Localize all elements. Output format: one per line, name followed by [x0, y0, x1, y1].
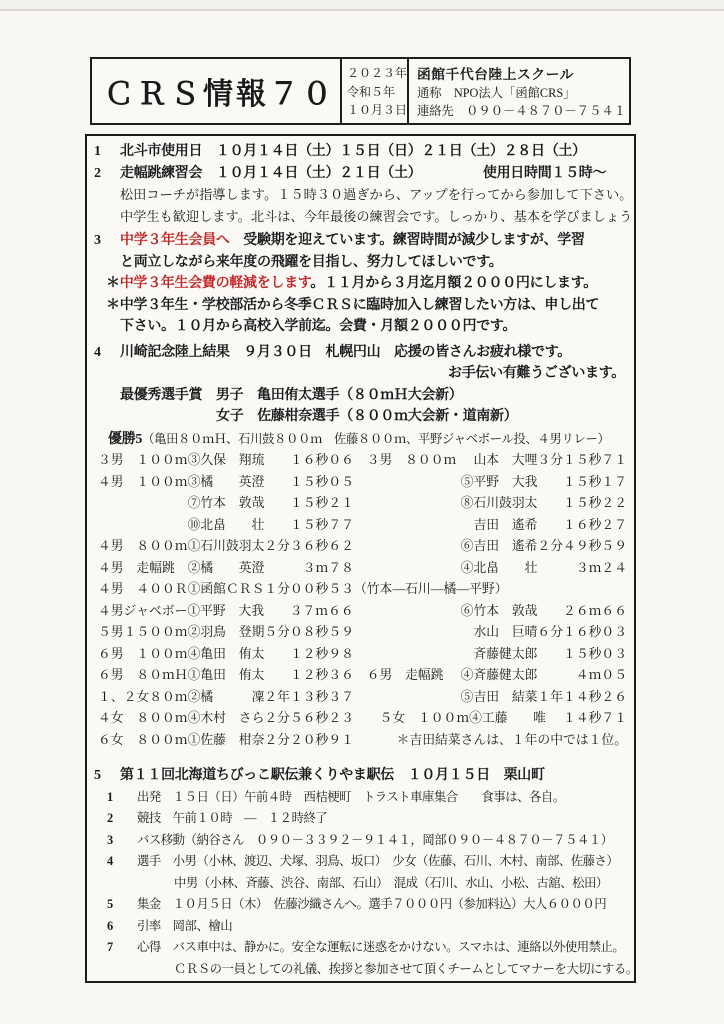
ekiden-item-race: 2競技 午前１０時 ― １２時終了: [107, 808, 629, 830]
item3-members-heading-line: 3中学３年生会員へ 受験期を迎えています。練習時間が減少しますが、学習: [94, 230, 629, 252]
org-alias: 通称 NPO法人「函館CRS」: [417, 83, 626, 101]
result-row: ４男 走幅跳 ②橘 英澄 ３ｍ７８④北畠 壮 ３ｍ２４: [98, 558, 629, 580]
sub-item-text: ＣＲＳの一員としての礼儀、挨拶と参加させて頂くチームとしてマナーを大切にする。: [174, 962, 636, 976]
org-contact-phone: 連絡先 ０９０－４８７０－７５４１: [417, 101, 626, 119]
ekiden-item-departure: 1出発 １５日（日）午前４時 西桔梗町 トラスト車庫集合 食事は、各自。: [107, 787, 629, 809]
newsletter-body: 1北斗市使用日 １０月１４日（土）１５日（日）２１日（土）２８日（土） 2走幅跳…: [85, 134, 636, 983]
result-left: ４男 走幅跳 ②橘 英澄 ３ｍ７８: [98, 558, 354, 580]
scanned-newsletter-page: ＣＲＳ情報７０ ２０２３年 令和５年 １０月３日 函館千代台陸上スクール 通称 …: [0, 0, 724, 1024]
org-name: 函館千代台陸上スクール: [417, 63, 626, 83]
note-text: 松田コーチが指導します。１５時３０過ぎから、アップを行ってから参加して下さい。: [120, 187, 632, 202]
result-right: ＊吉田結菜さんは、１年の中では１位。: [397, 730, 627, 752]
result-left: ⑩北畠 壮 １５秒７７: [98, 515, 354, 537]
item-text: と両立しながら来年度の飛躍を目指し、努力してほしいです。: [120, 255, 502, 270]
date-year-western: ２０２３年: [347, 64, 405, 81]
scan-artifact-line: [0, 9, 724, 11]
result-right: 水山 巨晴６分１６秒０３: [473, 622, 627, 644]
result-row: ６男 １００ｍ④亀田 侑太 １２秒９８斉藤健太郎 １５秒０３: [98, 644, 629, 666]
result-left: ４男 ４００Ｒ①函館ＣＲＳ１分００秒５３（竹本―石川―橘―平野）: [98, 579, 508, 601]
sub-item-text: 引率 岡部、檜山: [137, 919, 232, 933]
result-right: 斉藤健太郎 １５秒０３: [473, 644, 627, 666]
sub-item-text: 集金 １０月５日（木） 佐藤沙織さんへ。選手７０００円（参加料込）大人６０００円: [137, 897, 606, 911]
sub-item-number: 4: [107, 851, 137, 873]
result-right: 吉田 遙希 １６秒２７: [473, 515, 627, 537]
result-left: ６男 ８０ｍＨ①亀田 侑太 １２秒３６ ６男 走幅跳: [98, 665, 444, 687]
item-number: 4: [94, 342, 120, 364]
item-number: 2: [94, 163, 120, 185]
result-row: ６女 ８００ｍ①佐藤 柑奈２分２０秒９１＊吉田結菜さんは、１年の中では１位。: [98, 730, 629, 752]
result-right: ④斉藤健太郎 ４ｍ０５: [461, 665, 627, 687]
sub-item-text: 心得 バス車中は、静かに。安全な運転に迷惑をかけない。スマホは、連絡以外使用禁止…: [137, 940, 624, 954]
result-right: ⑤平野 大我 １５秒１７: [461, 472, 627, 494]
header-table: ＣＲＳ情報７０ ２０２３年 令和５年 １０月３日 函館千代台陸上スクール 通称 …: [90, 57, 631, 125]
scan-edge-band: [0, 0, 724, 9]
result-right: ④北畠 壮 ３ｍ２４: [461, 558, 627, 580]
sub-item-number: 1: [107, 787, 137, 809]
item2-coach-note: 松田コーチが指導します。１５時３０過ぎから、アップを行ってから参加して下さい。: [120, 184, 629, 206]
result-right: ⑥竹本 敦哉 ２６ｍ６６: [461, 601, 627, 623]
result-left: ５男１５００ｍ②羽鳥 登期５分０８秒５９: [98, 622, 354, 644]
result-right: 山本 大哩３分１５秒７１: [473, 450, 627, 472]
red-heading-text: 中学３年生会員へ: [120, 233, 230, 248]
result-row: ４男 １００ｍ③橘 英澄 １５秒０５⑤平野 大我 １５秒１７: [98, 472, 629, 494]
result-row: ４男 ８００ｍ①石川鼓羽太２分３６秒６２⑥吉田 遙希２分４９秒５９: [98, 536, 629, 558]
item-text: 川崎記念陸上結果 ９月３０日 札幌円山 応援の皆さんお疲れ様です。: [120, 345, 571, 360]
ekiden-item-conduct: 7心得 バス車中は、静かに。安全な運転に迷惑をかけない。スマホは、連絡以外使用禁…: [107, 937, 629, 959]
result-row: ４男ジャベボー①平野 大我 ３７ｍ６６⑥竹本 敦哉 ２６ｍ６６: [98, 601, 629, 623]
result-left: ４女 ８００ｍ④木村 さら２分５６秒２３ ５女 １００ｍ④工藤 唯: [98, 708, 546, 730]
item3-winter-join-cont-line: 下さい。１０月から高校入学前迄。会費・月額２０００円です。: [120, 316, 629, 338]
result-left: ３男 １００ｍ③久保 翔琉 １６秒０６ ３男 ８００ｍ: [98, 450, 456, 472]
sub-item-number: 3: [107, 830, 137, 852]
result-left: ６男 １００ｍ④亀田 侑太 １２秒９８: [98, 644, 354, 666]
item3-continuation-line: と両立しながら来年度の飛躍を目指し、努力してほしいです。: [120, 252, 629, 274]
sub-item-number: 2: [107, 808, 137, 830]
item1-hokuto-dates-line: 1北斗市使用日 １０月１４日（土）１５日（日）２１日（土）２８日（土）: [94, 141, 629, 163]
star-mark: ＊: [106, 276, 120, 291]
newsletter-title: ＣＲＳ情報７０: [92, 59, 342, 123]
item-text: 北斗市使用日 １０月１４日（土）１５日（日）２１日（土）２８日（土）: [120, 144, 586, 159]
sub-item-text: 競技 午前１０時 ― １２時終了: [137, 811, 327, 825]
item-text: 。１１月から３月迄月額２０００円にします。: [310, 276, 597, 291]
wins-summary-line: 優勝5（亀田８０ｍＨ、石川鼓８００ｍ 佐藤８００ｍ、平野ジャベボール投、４男リレ…: [108, 428, 629, 451]
award-female-line: 女子 佐藤柑奈選手（８００ｍ大会新・道南新）: [216, 406, 629, 428]
ekiden-item-athletes: 4選手 小男（小林、渡辺、犬塚、羽鳥、坂口） 少女（佐藤、石川、木村、南部、佐藤…: [107, 851, 629, 873]
item-number: 1: [94, 141, 120, 163]
result-left: １、２女８０ｍ②橘 凜２年１３秒３７: [98, 687, 354, 709]
item-text: ＊中学３年生・学校部活から冬季ＣＲＳに臨時加入し練習したい方は、申し出て: [106, 298, 599, 313]
ekiden-item-conduct-cont: ＣＲＳの一員としての礼儀、挨拶と参加させて頂くチームとしてマナーを大切にする。: [174, 959, 629, 981]
item-text: 第１１回北海道ちびっこ駅伝兼くりやま駅伝 １０月１５日 栗山町: [120, 768, 545, 783]
item3-fee-reduction-line: ＊中学３年生会費の軽減をします。１１月から３月迄月額２０００円にします。: [106, 273, 629, 295]
result-row: ⑩北畠 壮 １５秒７７吉田 遙希 １６秒２７: [98, 515, 629, 537]
thanks-text: お手伝い有難うございます。: [448, 366, 625, 381]
ekiden-item-athletes-cont: 中男（小林、斉藤、渋谷、南部、石山） 混成（石川、水山、小松、古舘、松田）: [174, 873, 629, 895]
item4-kawasaki-heading-line: 4川崎記念陸上結果 ９月３０日 札幌円山 応援の皆さんお疲れ様です。: [94, 342, 629, 364]
item3-winter-join-line: ＊中学３年生・学校部活から冬季ＣＲＳに臨時加入し練習したい方は、申し出て: [106, 295, 629, 317]
item-number: 3: [94, 230, 120, 252]
item-text: 受験期を迎えています。練習時間が減少しますが、学習: [230, 233, 585, 248]
result-left: ４男 ８００ｍ①石川鼓羽太２分３６秒６２: [98, 536, 354, 558]
ekiden-item-bus: 3バス移動（納谷さん ０９０－３３９２－９１４１，岡部０９０－４８７０－７５４１…: [107, 830, 629, 852]
sub-item-number: 6: [107, 916, 137, 938]
award-male-line: 最優秀選手賞 男子 亀田侑太選手（８０ｍＨ大会新）: [120, 385, 629, 407]
result-right: ⑤吉田 結菜１年１４秒２６: [461, 687, 627, 709]
ekiden-item-leaders: 6引率 岡部、檜山: [107, 916, 629, 938]
note-text: 中学生も歓迎します。北斗は、今年最後の練習会です。しっかり、基本を学びましょう！: [120, 209, 636, 224]
org-cell: 函館千代台陸上スクール 通称 NPO法人「函館CRS」 連絡先 ０９０－４８７０…: [409, 59, 629, 123]
sub-item-number: 5: [107, 894, 137, 916]
item-number: 5: [94, 765, 120, 787]
sub-item-text: 中男（小林、斉藤、渋谷、南部、石山） 混成（石川、水山、小松、古舘、松田）: [174, 876, 608, 890]
item-text: 走幅跳練習会 １０月１４日（土）２１日（土） 使用日時間１５時～: [120, 166, 606, 181]
result-row: ５男１５００ｍ②羽鳥 登期５分０８秒５９水山 巨晴６分１６秒０３: [98, 622, 629, 644]
result-left: ⑦竹本 敦哉 １５秒２１: [98, 493, 354, 515]
result-row: ４女 ８００ｍ④木村 さら２分５６秒２３ ５女 １００ｍ④工藤 唯１４秒７１: [98, 708, 629, 730]
result-right: ⑥吉田 遙希２分４９秒５９: [461, 536, 627, 558]
item4-thanks-line: お手伝い有難うございます。: [94, 363, 629, 385]
result-row: ４男 ４００Ｒ①函館ＣＲＳ１分００秒５３（竹本―石川―橘―平野）: [98, 579, 629, 601]
result-right: １４秒７１: [563, 708, 627, 730]
date-year-era: 令和５年: [347, 83, 405, 100]
result-row: ３男 １００ｍ③久保 翔琉 １６秒０６ ３男 ８００ｍ山本 大哩３分１５秒７１: [98, 450, 629, 472]
ekiden-item-fee: 5集金 １０月５日（木） 佐藤沙織さんへ。選手７０００円（参加料込）大人６０００…: [107, 894, 629, 916]
result-row: ⑦竹本 敦哉 １５秒２１⑧石川鼓羽太 １５秒２２: [98, 493, 629, 515]
result-right: ⑧石川鼓羽太 １５秒２２: [461, 493, 627, 515]
sub-item-text: バス移動（納谷さん ０９０－３３９２－９１４１，岡部０９０－４８７０－７５４１）: [137, 833, 613, 847]
date-day: １０月３日: [347, 101, 405, 118]
result-row: ６男 ８０ｍＨ①亀田 侑太 １２秒３６ ６男 走幅跳④斉藤健太郎 ４ｍ０５: [98, 665, 629, 687]
item-text: 下さい。１０月から高校入学前迄。会費・月額２０００円です。: [120, 319, 516, 334]
result-left: ４男 １００ｍ③橘 英澄 １５秒０５: [98, 472, 354, 494]
award-text: 最優秀選手賞 男子 亀田侑太選手（８０ｍＨ大会新）: [120, 388, 463, 403]
sub-item-number: 7: [107, 937, 137, 959]
item5-ekiden-heading-line: 5第１１回北海道ちびっこ駅伝兼くりやま駅伝 １０月１５日 栗山町: [94, 765, 629, 787]
result-left: ４男ジャベボー①平野 大我 ３７ｍ６６: [98, 601, 354, 623]
date-cell: ２０２３年 令和５年 １０月３日: [342, 59, 409, 123]
item2-longjump-line: 2走幅跳練習会 １０月１４日（土）２１日（土） 使用日時間１５時～: [94, 163, 629, 185]
award-text: 女子 佐藤柑奈選手（８００ｍ大会新・道南新）: [216, 409, 517, 424]
item2-welcome-note: 中学生も歓迎します。北斗は、今年最後の練習会です。しっかり、基本を学びましょう！: [120, 206, 629, 228]
result-row: １、２女８０ｍ②橘 凜２年１３秒３７⑤吉田 結菜１年１４秒２６: [98, 687, 629, 709]
red-fee-text: 中学３年生会費の軽減をします: [120, 276, 311, 291]
sub-item-text: 選手 小男（小林、渡辺、犬塚、羽鳥、坂口） 少女（佐藤、石川、木村、南部、佐藤さ…: [137, 854, 618, 868]
wins-detail: （亀田８０ｍＨ、石川鼓８００ｍ 佐藤８００ｍ、平野ジャベボール投、４男リレー）: [142, 432, 609, 446]
result-left: ６女 ８００ｍ①佐藤 柑奈２分２０秒９１: [98, 730, 354, 752]
sub-item-text: 出発 １５日（日）午前４時 西桔梗町 トラスト車庫集合 食事は、各自。: [137, 790, 565, 804]
wins-label: 優勝5: [108, 432, 142, 447]
